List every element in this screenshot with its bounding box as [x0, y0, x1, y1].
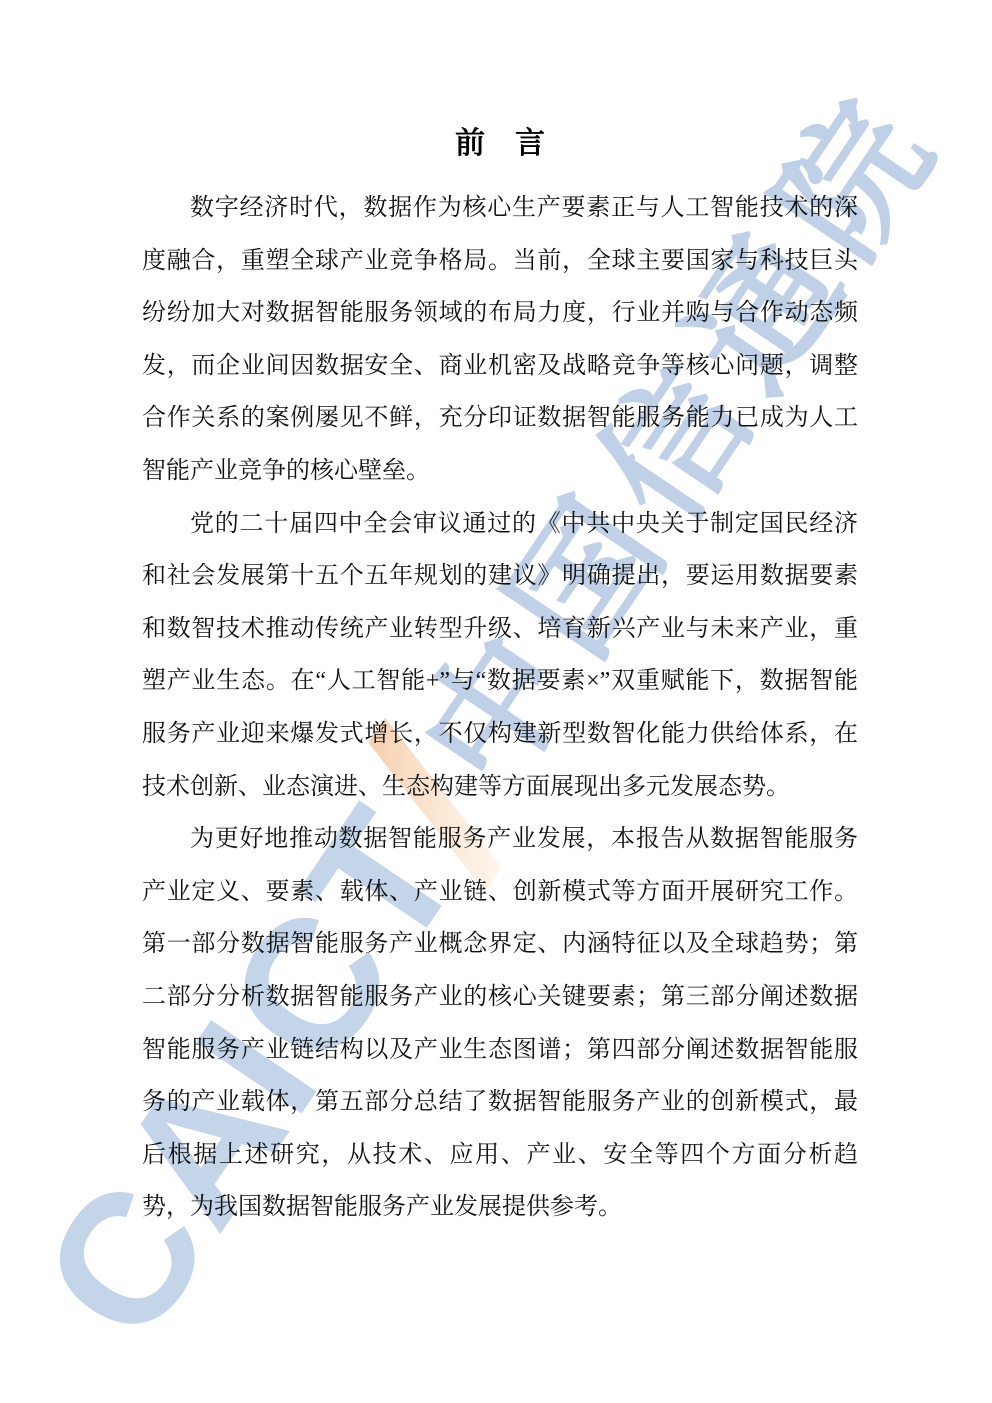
document-body: 数字经济时代，数据作为核心生产要素正与人工智能技术的深度融合，重塑全球产业竞争格…	[142, 182, 858, 1234]
paragraph: 为更好地推动数据智能服务产业发展，本报告从数据智能服务产业定义、要素、载体、产业…	[142, 813, 858, 1234]
document-page: CAICT 中国信通院 前 言 数字经济时代，数据作为核心生产要素正与人工智能技…	[0, 0, 992, 1403]
paragraph: 党的二十届四中全会审议通过的《中共中央关于制定国民经济和社会发展第十五个五年规划…	[142, 498, 858, 814]
page-title: 前 言	[142, 127, 858, 160]
paragraph: 数字经济时代，数据作为核心生产要素正与人工智能技术的深度融合，重塑全球产业竞争格…	[142, 182, 858, 498]
